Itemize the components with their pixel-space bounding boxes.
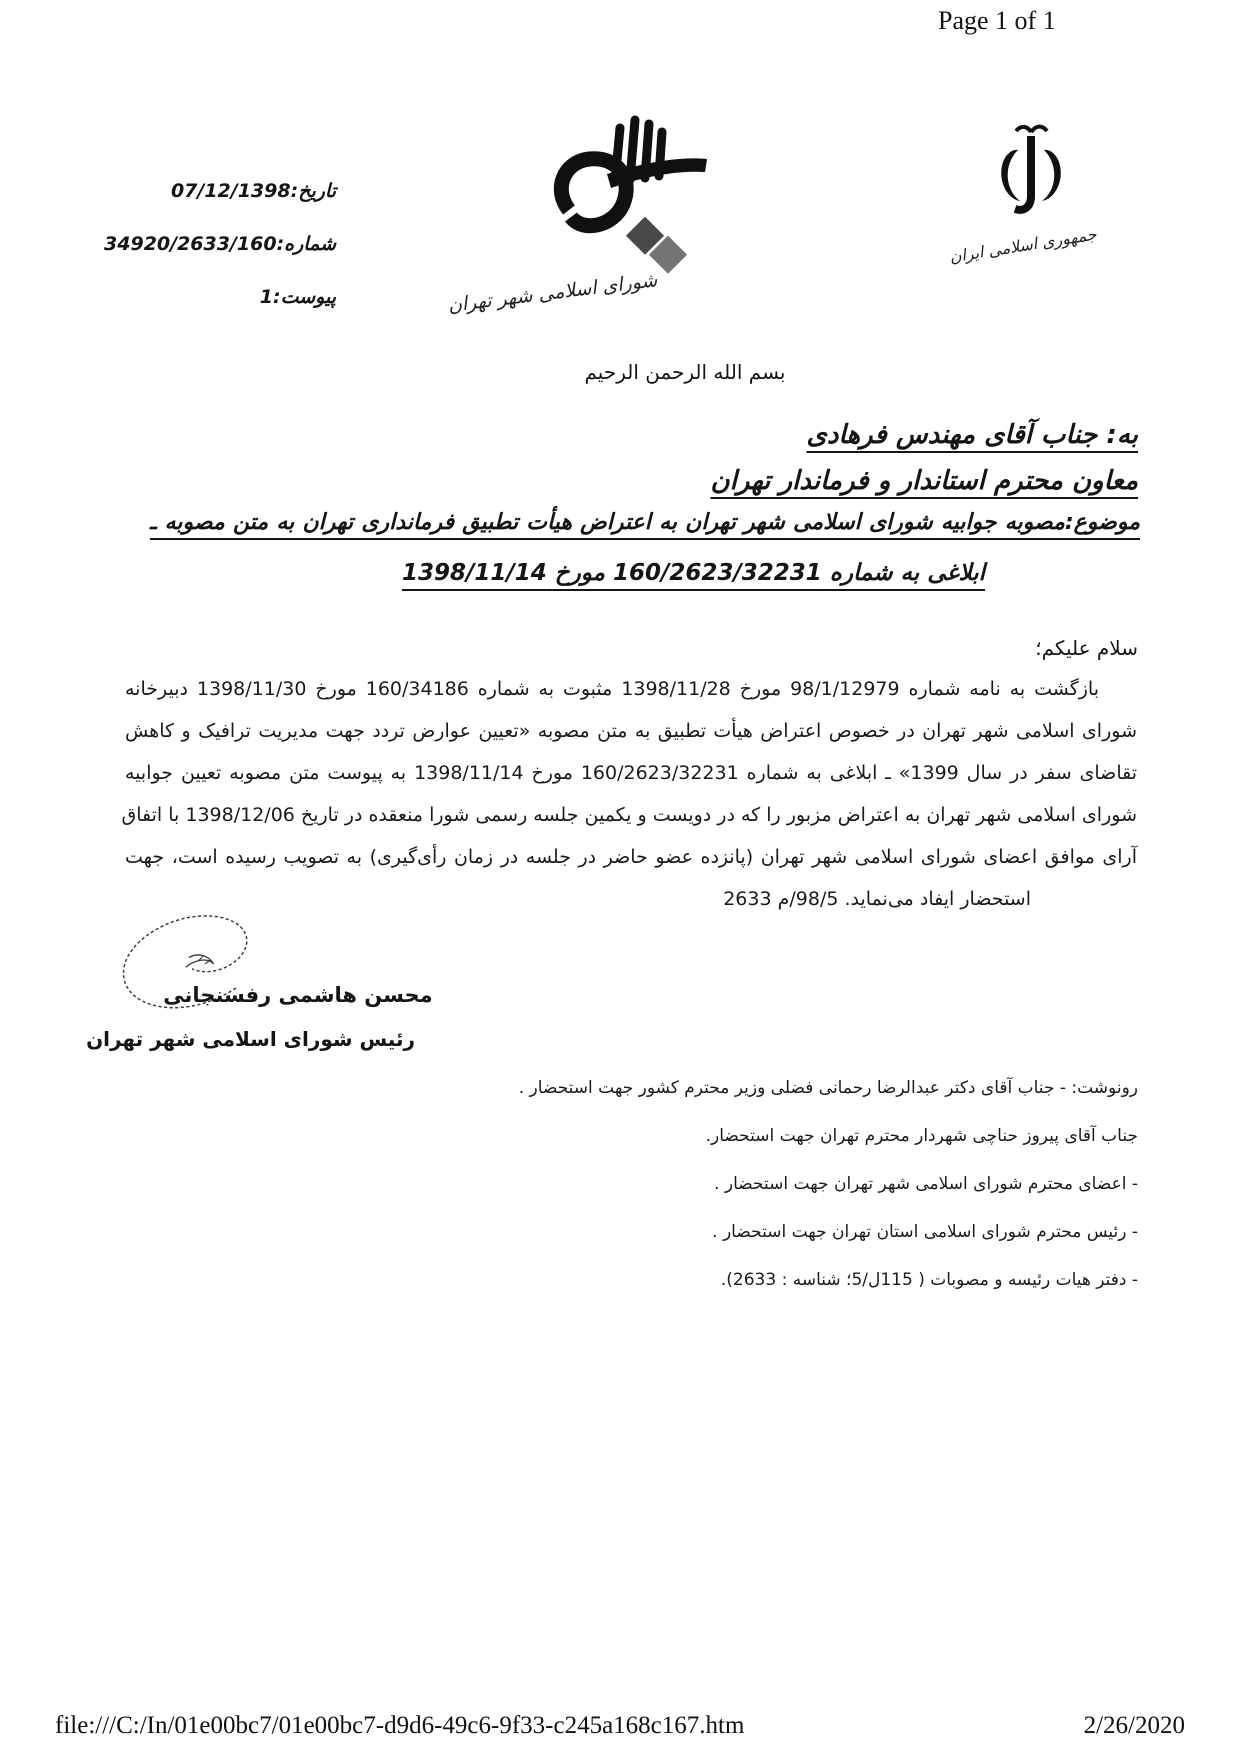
file-url: file:///C:/In/01e00bc7/01e00bc7-d9d6-49c… [55,1712,744,1740]
emblem-caption: جمهوری اسلامی ایران [938,223,1109,268]
number-label: شماره: [277,233,336,255]
cc-line: جناب آقای پیروز حناچی شهردار محترم تهران… [495,1126,1138,1146]
body-line: بازگشت به نامه شماره 98/1/12979 مورخ 139… [125,668,1137,710]
cc-line: - رئیس محترم شورای اسلامی استان تهران جه… [495,1222,1138,1242]
letter-body: بازگشت به نامه شماره 98/1/12979 مورخ 139… [125,668,1137,920]
signature-block: محسن هاشمی رفسنجانی رئیس شورای اسلامی شه… [110,905,470,1065]
attachment-value: 1 [259,286,273,308]
recipient-name-line: به: جناب آقای مهندس فرهادی [500,420,1138,450]
subject-line-1: موضوع:مصوبه جوابیه شورای اسلامی شهر تهرا… [150,510,1140,535]
printed-letter-page: Page 1 of 1 تاریخ:07/12/1398 شماره:34920… [0,0,1240,1754]
letter-attachment-row: پیوست:1 [118,286,336,308]
salutation-line: سلام علیکم؛ [838,636,1138,660]
cc-list: رونوشت: - جناب آقای دکتر عبدالرضا رحمانی… [495,1078,1138,1318]
subject-line-2: ابلاغی به شماره 160/2623/32231 مورخ 1398… [505,560,985,586]
number-value: 34920/2633/160 [103,233,277,255]
cc-line: - اعضای محترم شورای اسلامی شهر تهران جهت… [495,1174,1138,1194]
cc-line: - دفتر هیات رئیسه و مصوبات ( 115ل/5؛ شنا… [495,1270,1138,1290]
tehran-council-logo-icon [535,112,710,280]
bismillah-line: بسم الله الرحمن الرحیم [560,360,810,384]
body-line: شورای اسلامی شهر تهران در خصوص اعتراض هی… [125,710,1137,752]
print-footer: file:///C:/In/01e00bc7/01e00bc7-d9d6-49c… [55,1712,1185,1740]
signatory-title: رئیس شورای اسلامی شهر تهران [115,1027,415,1051]
iran-national-emblem-icon [995,118,1067,226]
attachment-label: پیوست: [273,286,336,308]
print-date: 2/26/2020 [1084,1712,1185,1740]
cc-line: رونوشت: - جناب آقای دکتر عبدالرضا رحمانی… [495,1078,1138,1098]
body-line: شورای اسلامی شهر تهران به اعتراض مزبور ر… [125,794,1137,836]
body-line: تقاضای سفر در سال 1399» ـ ابلاغی به شمار… [125,752,1137,794]
signature-scribble-icon [112,907,272,1037]
body-line: آرای موافق اعضای شورای اسلامی شهر تهران … [125,836,1137,878]
letter-date-row: تاریخ:07/12/1398 [118,180,336,202]
letterhead-meta: تاریخ:07/12/1398 شماره:34920/2633/160 پی… [118,180,336,339]
letter-number-row: شماره:34920/2633/160 [118,233,336,255]
signatory-name: محسن هاشمی رفسنجانی [148,983,448,1007]
date-value: 07/12/1398 [170,180,291,202]
page-number: Page 1 of 1 [938,6,1056,36]
date-label: تاریخ: [291,180,336,202]
recipient-block: به: جناب آقای مهندس فرهادی معاون محترم ا… [500,420,1138,512]
recipient-title-line: معاون محترم استاندار و فرماندار تهران [500,466,1138,496]
